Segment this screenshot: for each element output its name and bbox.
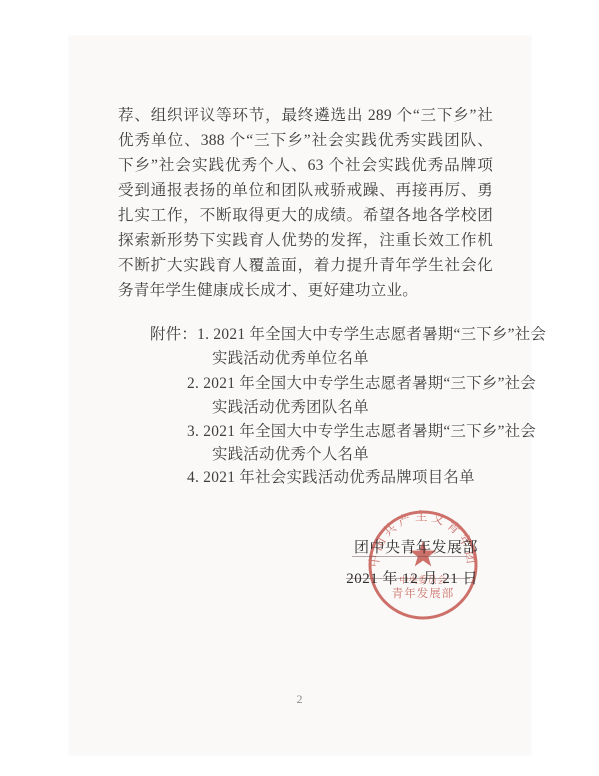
body-paragraph: 荐、组织评议等环节，最终遴选出 289 个“三下乡”社会实践 优秀单位、388 … xyxy=(118,103,493,303)
attachment-line: 4. 2021 年社会实践活动优秀品牌项目名单 xyxy=(187,465,475,487)
body-line: 受到通报表扬的单位和团队戒骄戒躁、再接再厉、勇于创新、 xyxy=(118,178,493,203)
signature-block: 团中央青年发展部 2021 年 12 月 21 日 xyxy=(346,536,478,588)
scan-artifact-line xyxy=(346,578,470,579)
page-number: 2 xyxy=(69,692,531,707)
attachment-line: 实践活动优秀单位名单 xyxy=(212,346,369,368)
body-line: 扎实工作，不断取得更大的成绩。希望各地各学校团组织积极 xyxy=(118,203,493,228)
document-page: 荐、组织评议等环节，最终遴选出 289 个“三下乡”社会实践 优秀单位、388 … xyxy=(69,36,531,755)
signature-department: 团中央青年发展部 xyxy=(346,536,478,557)
body-line: 荐、组织评议等环节，最终遴选出 289 个“三下乡”社会实践 xyxy=(118,103,493,128)
scan-artifact-line xyxy=(352,556,468,557)
seal-inner-text: 青年发展部 xyxy=(392,586,455,600)
attachment-line: 2. 2021 年全国大中专学生志愿者暑期“三下乡”社会 xyxy=(187,371,536,393)
body-line: 优秀单位、388 个“三下乡”社会实践优秀实践团队、189 名“三 xyxy=(118,128,493,153)
attachment-line: 实践活动优秀团队名单 xyxy=(212,395,369,417)
attachment-line: 3. 2021 年全国大中专学生志愿者暑期“三下乡”社会 xyxy=(187,419,536,441)
body-line: 探索新形势下实践育人优势的发挥，注重长效工作机制建设， xyxy=(118,228,493,253)
attachment-line: 实践活动优秀个人名单 xyxy=(212,442,369,464)
body-line: 务青年学生健康成长成才、更好建功立业。 xyxy=(118,278,493,303)
body-line: 下乡”社会实践优秀个人、63 个社会实践优秀品牌项目。希望 xyxy=(118,153,493,178)
attachment-line: 附件：1. 2021 年全国大中专学生志愿者暑期“三下乡”社会 xyxy=(150,322,546,344)
body-line: 不断扩大实践育人覆盖面，着力提升青年学生社会化能力，服 xyxy=(118,253,493,278)
